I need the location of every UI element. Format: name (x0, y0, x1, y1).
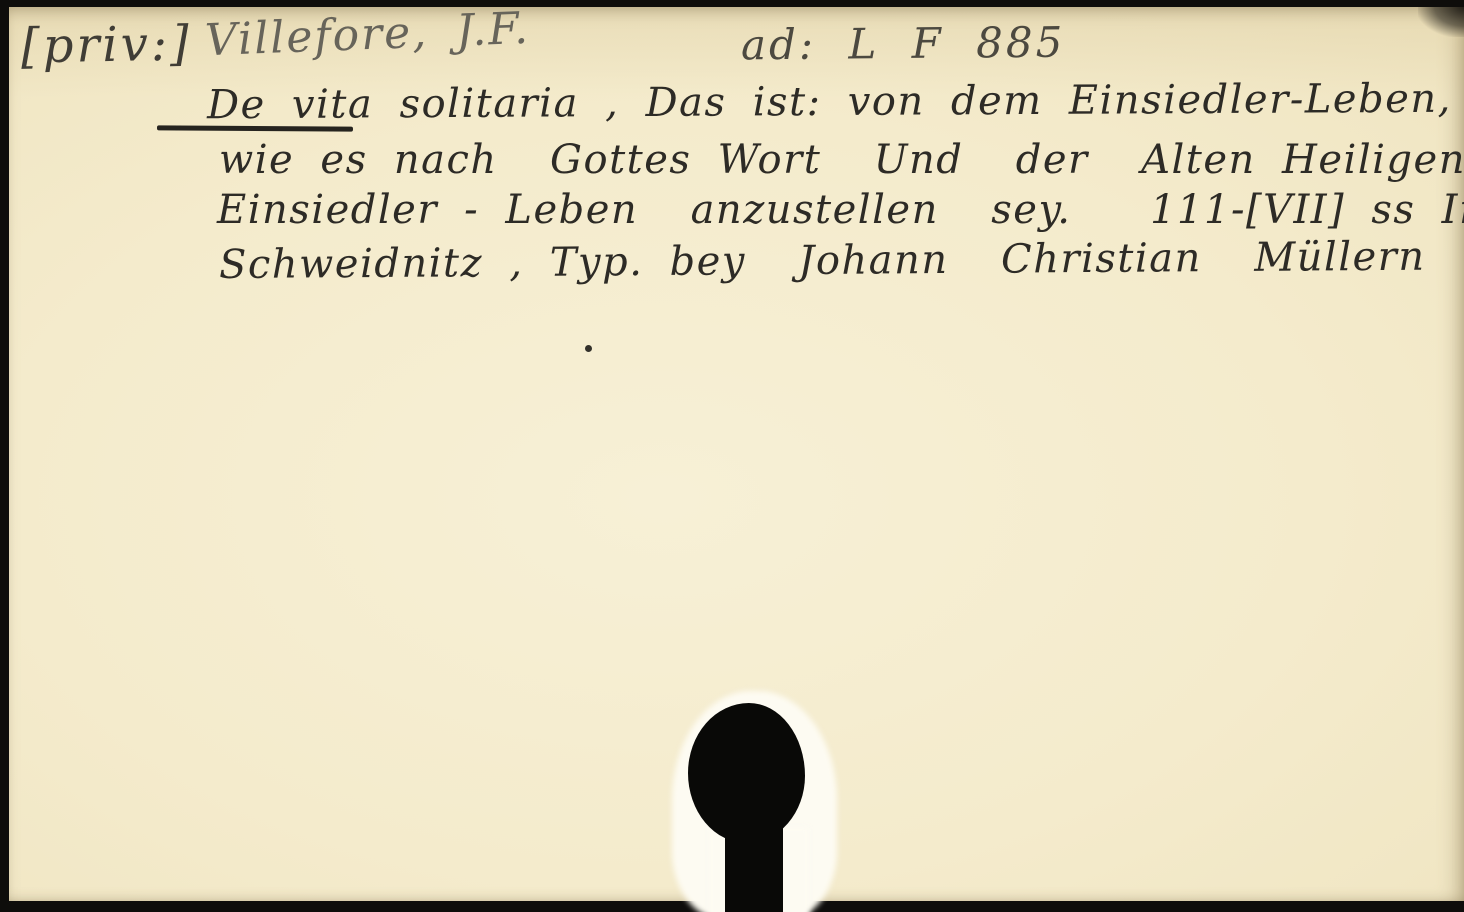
entry-line-3: Einsiedler - Leben anzustellen sey. 111-… (217, 187, 1464, 233)
title-latin: De vita (207, 81, 374, 128)
title-underline (157, 125, 353, 131)
punch-slot (725, 817, 783, 912)
corner-smudge (1418, 7, 1464, 37)
ink-dot (585, 345, 592, 352)
privilege-annotation: [priv:] (21, 16, 193, 75)
scanned-image: [priv:] Villefore, J.F. ad: L F 885 De v… (0, 0, 1464, 912)
author-annotation: Villefore, J.F. (204, 3, 531, 66)
catalog-card: [priv:] Villefore, J.F. ad: L F 885 De v… (9, 7, 1464, 901)
shelfmark-annotation: ad: L F 885 (741, 18, 1066, 70)
entry-line-1: De vita solitaria , Das ist: von dem Ein… (207, 76, 1452, 129)
entry-line-4: Schweidnitz , Typ. bey Johann Christian … (219, 232, 1464, 288)
entry-line-2: wie es nach Gottes Wort Und der Alten He… (219, 137, 1464, 183)
title-german: solitaria , Das ist: von dem Einsiedler-… (373, 76, 1452, 128)
